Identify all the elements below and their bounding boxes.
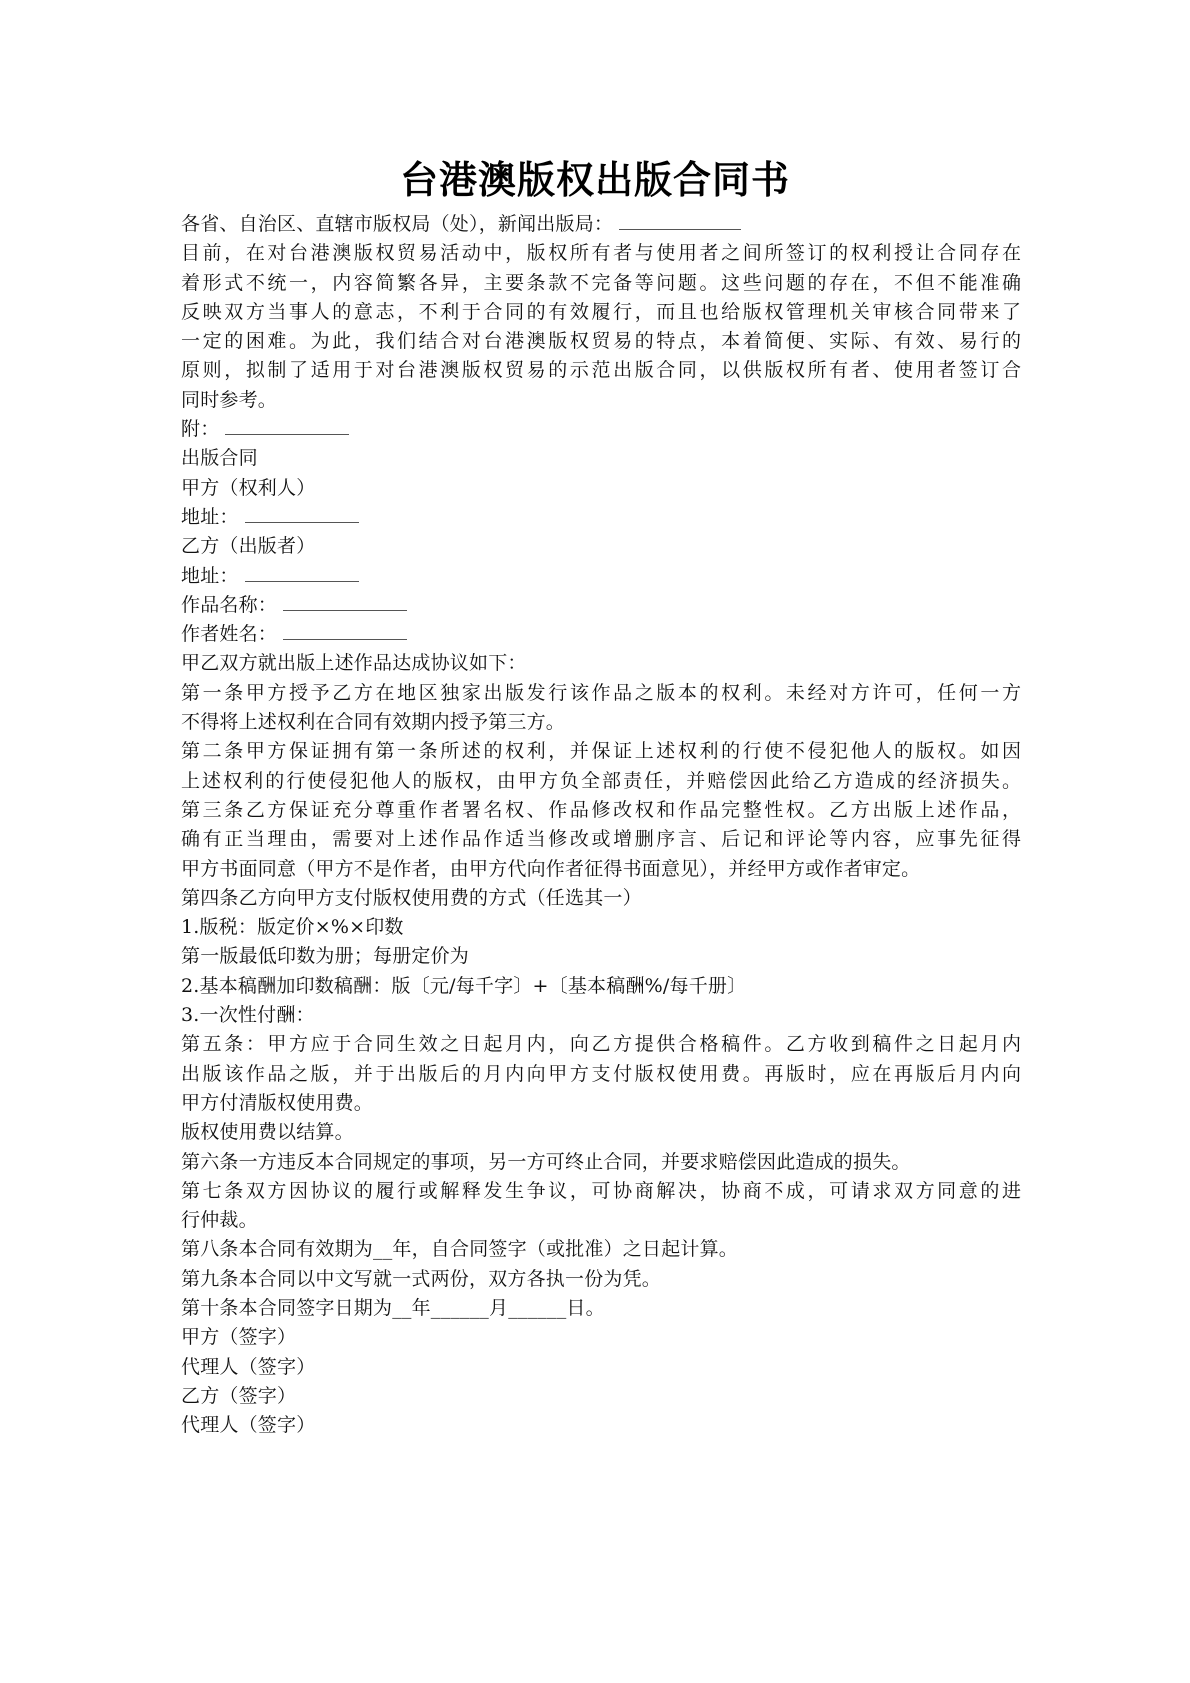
line-text: 作品名称： — [181, 594, 277, 616]
document-line: 甲乙双方就出版上述作品达成协议如下： — [181, 649, 1021, 678]
line-text: 第八条本合同有效期为__年，自合同签字（或批准）之日起计算。 — [181, 1238, 738, 1260]
document-line: 乙方（签字） — [181, 1382, 1021, 1411]
line-text: 各省、自治区、直辖市版权局（处），新闻出版局： — [181, 213, 613, 235]
line-text: 3.一次性付酬： — [181, 1004, 315, 1026]
line-text: 同时参考。 — [181, 389, 277, 411]
document-line: 确有正当理由，需要对上述作品作适当修改或增删序言、后记和评论等内容，应事先征得 — [181, 825, 1021, 854]
line-text: 甲乙双方就出版上述作品达成协议如下： — [181, 652, 527, 674]
line-text: 第一版最低印数为册；每册定价为 — [181, 945, 469, 967]
document-title: 台港澳版权出版合同书 — [0, 156, 1190, 204]
line-text: 一定的困难。为此，我们结合对台港澳版权贸易的特点，本着简便、实际、有效、易行的 — [181, 327, 1021, 356]
line-text: 第三条乙方保证充分尊重作者署名权、作品修改权和作品完整性权。乙方出版上述作品， — [181, 796, 1021, 825]
document-line: 出版该作品之版，并于出版后的月内向甲方支付版权使用费。再版时，应在再版后月内向 — [181, 1060, 1021, 1089]
line-text: 反映双方当事人的意志，不利于合同的有效履行，而且也给版权管理机关审核合同带来了 — [181, 298, 1021, 327]
document-line: 目前，在对台港澳版权贸易活动中，版权所有者与使用者之间所签订的权利授让合同存在 — [181, 239, 1021, 268]
document-line: 同时参考。 — [181, 386, 1021, 415]
document-line: 第十条本合同签字日期为__年______月______日。 — [181, 1294, 1021, 1323]
line-text: 第六条一方违反本合同规定的事项，另一方可终止合同，并要求赔偿因此造成的损失。 — [181, 1151, 911, 1173]
line-text: 附： — [181, 418, 219, 440]
line-text: 原则，拟制了适用于对台港澳版权贸易的示范出版合同，以供版权所有者、使用者签订合 — [181, 356, 1021, 385]
line-text: 作者姓名： — [181, 623, 277, 645]
line-text: 第七条双方因协议的履行或解释发生争议，可协商解决，协商不成，可请求双方同意的进 — [181, 1177, 1021, 1206]
document-line: 甲方书面同意（甲方不是作者，由甲方代向作者征得书面意见），并经甲方或作者审定。 — [181, 855, 1021, 884]
fill-in-blank — [283, 621, 407, 640]
document-line: 出版合同 — [181, 444, 1021, 473]
document-line: 第九条本合同以中文写就一式两份，双方各执一份为凭。 — [181, 1265, 1021, 1294]
document-line: 第六条一方违反本合同规定的事项，另一方可终止合同，并要求赔偿因此造成的损失。 — [181, 1148, 1021, 1177]
document-line: 地址： — [181, 503, 1021, 532]
document-line: 第八条本合同有效期为__年，自合同签字（或批准）之日起计算。 — [181, 1235, 1021, 1264]
document-line: 第二条甲方保证拥有第一条所述的权利，并保证上述权利的行使不侵犯他人的版权。如因 — [181, 737, 1021, 766]
line-text: 甲方书面同意（甲方不是作者，由甲方代向作者征得书面意见），并经甲方或作者审定。 — [181, 858, 920, 880]
document-line: 反映双方当事人的意志，不利于合同的有效履行，而且也给版权管理机关审核合同带来了 — [181, 298, 1021, 327]
line-text: 出版合同 — [181, 447, 258, 469]
document-line: 作品名称： — [181, 591, 1021, 620]
line-text: 地址： — [181, 565, 239, 587]
line-text: 第二条甲方保证拥有第一条所述的权利，并保证上述权利的行使不侵犯他人的版权。如因 — [181, 737, 1021, 766]
line-text: 第一条甲方授予乙方在地区独家出版发行该作品之版本的权利。未经对方许可，任何一方 — [181, 679, 1021, 708]
line-text: 着形式不统一，内容简繁各异，主要条款不完备等问题。这些问题的存在，不但不能准确 — [181, 269, 1021, 298]
line-text: 确有正当理由，需要对上述作品作适当修改或增删序言、后记和评论等内容，应事先征得 — [181, 825, 1021, 854]
document-line: 1.版税：版定价×%×印数 — [181, 913, 1021, 942]
fill-in-blank — [619, 211, 741, 230]
line-text: 乙方（出版者） — [181, 535, 315, 557]
line-text: 2.基本稿酬加印数稿酬：版〔元/每千字〕+〔基本稿酬%/每千册〕 — [181, 975, 746, 997]
document-line: 第一条甲方授予乙方在地区独家出版发行该作品之版本的权利。未经对方许可，任何一方 — [181, 679, 1021, 708]
document-line: 版权使用费以结算。 — [181, 1118, 1021, 1147]
line-text: 甲方（签字） — [181, 1326, 296, 1348]
document-line: 着形式不统一，内容简繁各异，主要条款不完备等问题。这些问题的存在，不但不能准确 — [181, 269, 1021, 298]
document-line: 代理人（签字） — [181, 1353, 1021, 1382]
line-text: 不得将上述权利在合同有效期内授予第三方。 — [181, 711, 565, 733]
document-line: 第一版最低印数为册；每册定价为 — [181, 942, 1021, 971]
document-line: 地址： — [181, 562, 1021, 591]
document-line: 乙方（出版者） — [181, 532, 1021, 561]
document-line: 附： — [181, 415, 1021, 444]
fill-in-blank — [245, 563, 359, 582]
document-line: 甲方（签字） — [181, 1323, 1021, 1352]
line-text: 目前，在对台港澳版权贸易活动中，版权所有者与使用者之间所签订的权利授让合同存在 — [181, 239, 1021, 268]
line-text: 版权使用费以结算。 — [181, 1121, 354, 1143]
line-text: 上述权利的行使侵犯他人的版权，由甲方负全部责任，并赔偿因此给乙方造成的经济损失。 — [181, 767, 1021, 796]
line-text: 乙方（签字） — [181, 1385, 296, 1407]
document-line: 甲方付清版权使用费。 — [181, 1089, 1021, 1118]
document-line: 不得将上述权利在合同有效期内授予第三方。 — [181, 708, 1021, 737]
document-line: 作者姓名： — [181, 620, 1021, 649]
line-text: 出版该作品之版，并于出版后的月内向甲方支付版权使用费。再版时，应在再版后月内向 — [181, 1060, 1021, 1089]
line-text: 甲方付清版权使用费。 — [181, 1092, 373, 1114]
document-line: 各省、自治区、直辖市版权局（处），新闻出版局： — [181, 210, 1021, 239]
document-line: 第七条双方因协议的履行或解释发生争议，可协商解决，协商不成，可请求双方同意的进 — [181, 1177, 1021, 1206]
line-text: 第九条本合同以中文写就一式两份，双方各执一份为凭。 — [181, 1268, 661, 1290]
fill-in-blank — [245, 504, 359, 523]
document-line: 第三条乙方保证充分尊重作者署名权、作品修改权和作品完整性权。乙方出版上述作品， — [181, 796, 1021, 825]
line-text: 地址： — [181, 506, 239, 528]
document-line: 上述权利的行使侵犯他人的版权，由甲方负全部责任，并赔偿因此给乙方造成的经济损失。 — [181, 767, 1021, 796]
line-text: 第四条乙方向甲方支付版权使用费的方式（任选其一） — [181, 887, 642, 909]
document-line: 原则，拟制了适用于对台港澳版权贸易的示范出版合同，以供版权所有者、使用者签订合 — [181, 356, 1021, 385]
document-page: 台港澳版权出版合同书 各省、自治区、直辖市版权局（处），新闻出版局：目前，在对台… — [0, 0, 1190, 1683]
document-line: 代理人（签字） — [181, 1411, 1021, 1440]
line-text: 甲方（权利人） — [181, 477, 315, 499]
line-text: 1.版税：版定价×%×印数 — [181, 916, 404, 938]
line-text: 代理人（签字） — [181, 1414, 315, 1436]
document-line: 3.一次性付酬： — [181, 1001, 1021, 1030]
line-text: 第五条：甲方应于合同生效之日起月内，向乙方提供合格稿件。乙方收到稿件之日起月内 — [181, 1030, 1021, 1059]
document-body: 各省、自治区、直辖市版权局（处），新闻出版局：目前，在对台港澳版权贸易活动中，版… — [181, 210, 1021, 1440]
document-line: 2.基本稿酬加印数稿酬：版〔元/每千字〕+〔基本稿酬%/每千册〕 — [181, 972, 1021, 1001]
document-line: 甲方（权利人） — [181, 474, 1021, 503]
fill-in-blank — [283, 592, 407, 611]
document-line: 第四条乙方向甲方支付版权使用费的方式（任选其一） — [181, 884, 1021, 913]
line-text: 代理人（签字） — [181, 1356, 315, 1378]
document-line: 行仲裁。 — [181, 1206, 1021, 1235]
line-text: 行仲裁。 — [181, 1209, 258, 1231]
document-line: 一定的困难。为此，我们结合对台港澳版权贸易的特点，本着简便、实际、有效、易行的 — [181, 327, 1021, 356]
line-text: 第十条本合同签字日期为__年______月______日。 — [181, 1297, 605, 1319]
fill-in-blank — [225, 416, 349, 435]
document-line: 第五条：甲方应于合同生效之日起月内，向乙方提供合格稿件。乙方收到稿件之日起月内 — [181, 1030, 1021, 1059]
